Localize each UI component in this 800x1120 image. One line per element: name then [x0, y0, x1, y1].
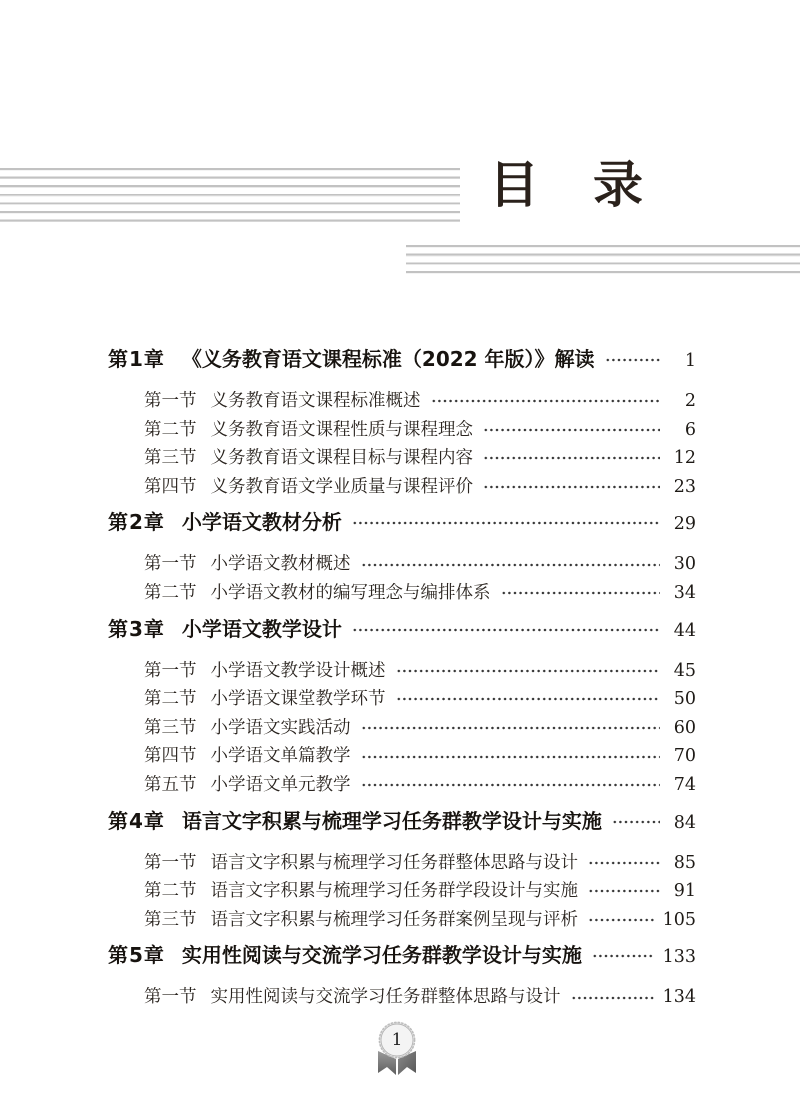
- section-label: 第一节: [144, 983, 197, 1012]
- section-label: 第五节: [144, 771, 197, 800]
- toc-section-entry: 第一节 语言文字积累与梳理学习任务群整体思路与设计 85: [108, 849, 696, 878]
- toc-section-entry: 第一节 小学语文教学设计概述 45: [108, 657, 696, 686]
- dot-leader: [605, 356, 660, 364]
- table-of-contents: 第1章 《义务教育语文课程标准（2022 年版）》解读 1 第一节 义务教育语文…: [108, 338, 696, 1012]
- section-label: 第一节: [144, 387, 197, 416]
- section-page-number: 23: [669, 473, 696, 502]
- chapter-label: 第2章: [108, 507, 165, 537]
- section-title: 义务教育语文课程目标与课程内容: [211, 444, 474, 473]
- dot-leader: [431, 397, 661, 405]
- section-title: 小学语文课堂教学环节: [211, 685, 386, 714]
- section-title: 小学语文教学设计概述: [211, 657, 386, 686]
- dot-leader: [483, 454, 660, 462]
- chapter-title: 实用性阅读与交流学习任务群教学设计与实施: [182, 940, 582, 970]
- section-page-number: 50: [669, 685, 696, 714]
- section-page-number: 34: [669, 579, 696, 608]
- chapter-title: 小学语文教材分析: [182, 507, 342, 537]
- toc-section-entry: 第三节 义务教育语文课程目标与课程内容 12: [108, 444, 696, 473]
- footer-page-number: 1: [367, 1030, 427, 1050]
- decorative-rule-lines-under-title: [406, 245, 800, 274]
- section-title: 语言文字积累与梳理学习任务群学段设计与实施: [211, 877, 579, 906]
- section-page-number: 70: [669, 742, 696, 771]
- dot-leader: [396, 667, 661, 675]
- toc-chapter-entry: 第4章 语言文字积累与梳理学习任务群教学设计与实施 84: [108, 806, 696, 838]
- toc-section-entry: 第二节 小学语文课堂教学环节 50: [108, 685, 696, 714]
- toc-section-entry: 第二节 小学语文教材的编写理念与编排体系 34: [108, 579, 696, 608]
- section-page-number: 60: [669, 714, 696, 743]
- chapter-label: 第4章: [108, 806, 165, 836]
- dot-leader: [483, 426, 660, 434]
- section-label: 第三节: [144, 714, 197, 743]
- section-title: 义务教育语文学业质量与课程评价: [211, 473, 474, 502]
- dot-leader: [396, 695, 661, 703]
- section-title: 小学语文教材的编写理念与编排体系: [211, 579, 491, 608]
- chapter-page-number: 133: [663, 942, 696, 972]
- section-title: 义务教育语文课程性质与课程理念: [211, 416, 474, 445]
- toc-section-entry: 第一节 小学语文教材概述 30: [108, 550, 696, 579]
- section-page-number: 134: [663, 983, 696, 1012]
- chapter-page-number: 44: [669, 616, 696, 646]
- section-page-number: 85: [669, 849, 696, 878]
- section-page-number: 12: [669, 444, 696, 473]
- chapter-title: 《义务教育语文课程标准（2022 年版）》解读: [182, 344, 595, 374]
- dot-leader: [352, 626, 660, 634]
- dot-leader: [588, 916, 654, 924]
- toc-section-entry: 第二节 语言文字积累与梳理学习任务群学段设计与实施 91: [108, 877, 696, 906]
- toc-chapter-entry: 第2章 小学语文教材分析 29: [108, 507, 696, 539]
- dot-leader: [361, 753, 661, 761]
- toc-section-entry: 第一节 义务教育语文课程标准概述 2: [108, 387, 696, 416]
- section-label: 第三节: [144, 906, 197, 935]
- toc-section-entry: 第五节 小学语文单元教学 74: [108, 771, 696, 800]
- section-title: 小学语文单元教学: [211, 771, 351, 800]
- toc-section-entry: 第三节 语言文字积累与梳理学习任务群案例呈现与评析 105: [108, 906, 696, 935]
- toc-section-entry: 第三节 小学语文实践活动 60: [108, 714, 696, 743]
- chapter-page-number: 84: [669, 808, 696, 838]
- page-title: 目 录: [489, 156, 645, 214]
- toc-section-entry: 第一节 实用性阅读与交流学习任务群整体思路与设计 134: [108, 983, 696, 1012]
- section-label: 第二节: [144, 416, 197, 445]
- section-title: 小学语文单篇教学: [211, 742, 351, 771]
- section-label: 第一节: [144, 849, 197, 878]
- section-page-number: 2: [669, 387, 696, 416]
- chapter-label: 第1章: [108, 344, 165, 374]
- section-title: 小学语文教材概述: [211, 550, 351, 579]
- chapter-label: 第3章: [108, 614, 165, 644]
- section-page-number: 45: [669, 657, 696, 686]
- toc-chapter-entry: 第5章 实用性阅读与交流学习任务群教学设计与实施 133: [108, 940, 696, 972]
- toc-section-entry: 第二节 义务教育语文课程性质与课程理念 6: [108, 416, 696, 445]
- rosette-ribbon-icon: [367, 1018, 427, 1082]
- dot-leader: [361, 561, 661, 569]
- section-label: 第四节: [144, 473, 197, 502]
- page-number-badge: 1: [367, 1018, 427, 1082]
- dot-leader: [588, 887, 660, 895]
- chapter-page-number: 29: [669, 509, 696, 539]
- dot-leader: [571, 994, 654, 1002]
- dot-leader: [588, 859, 660, 867]
- toc-section-entry: 第四节 义务教育语文学业质量与课程评价 23: [108, 473, 696, 502]
- section-label: 第四节: [144, 742, 197, 771]
- section-title: 小学语文实践活动: [211, 714, 351, 743]
- section-label: 第三节: [144, 444, 197, 473]
- section-label: 第一节: [144, 550, 197, 579]
- section-label: 第一节: [144, 657, 197, 686]
- dot-leader: [352, 519, 660, 527]
- section-label: 第二节: [144, 685, 197, 714]
- dot-leader: [592, 952, 654, 960]
- section-label: 第二节: [144, 877, 197, 906]
- chapter-page-number: 1: [669, 346, 696, 376]
- dot-leader: [501, 589, 661, 597]
- section-title: 实用性阅读与交流学习任务群整体思路与设计: [211, 983, 561, 1012]
- dot-leader: [361, 724, 661, 732]
- section-page-number: 91: [669, 877, 696, 906]
- section-title: 义务教育语文课程标准概述: [211, 387, 421, 416]
- section-title: 语言文字积累与梳理学习任务群案例呈现与评析: [211, 906, 579, 935]
- section-page-number: 74: [669, 771, 696, 800]
- chapter-title: 语言文字积累与梳理学习任务群教学设计与实施: [182, 806, 602, 836]
- toc-chapter-entry: 第3章 小学语文教学设计 44: [108, 614, 696, 646]
- dot-leader: [483, 483, 660, 491]
- section-page-number: 30: [669, 550, 696, 579]
- dot-leader: [612, 818, 660, 826]
- section-page-number: 105: [663, 906, 696, 935]
- dot-leader: [361, 781, 661, 789]
- section-title: 语言文字积累与梳理学习任务群整体思路与设计: [211, 849, 579, 878]
- toc-chapter-entry: 第1章 《义务教育语文课程标准（2022 年版）》解读 1: [108, 344, 696, 376]
- decorative-rule-lines-top-left: [0, 168, 460, 222]
- section-page-number: 6: [669, 416, 696, 445]
- chapter-title: 小学语文教学设计: [182, 614, 342, 644]
- chapter-label: 第5章: [108, 940, 165, 970]
- toc-section-entry: 第四节 小学语文单篇教学 70: [108, 742, 696, 771]
- section-label: 第二节: [144, 579, 197, 608]
